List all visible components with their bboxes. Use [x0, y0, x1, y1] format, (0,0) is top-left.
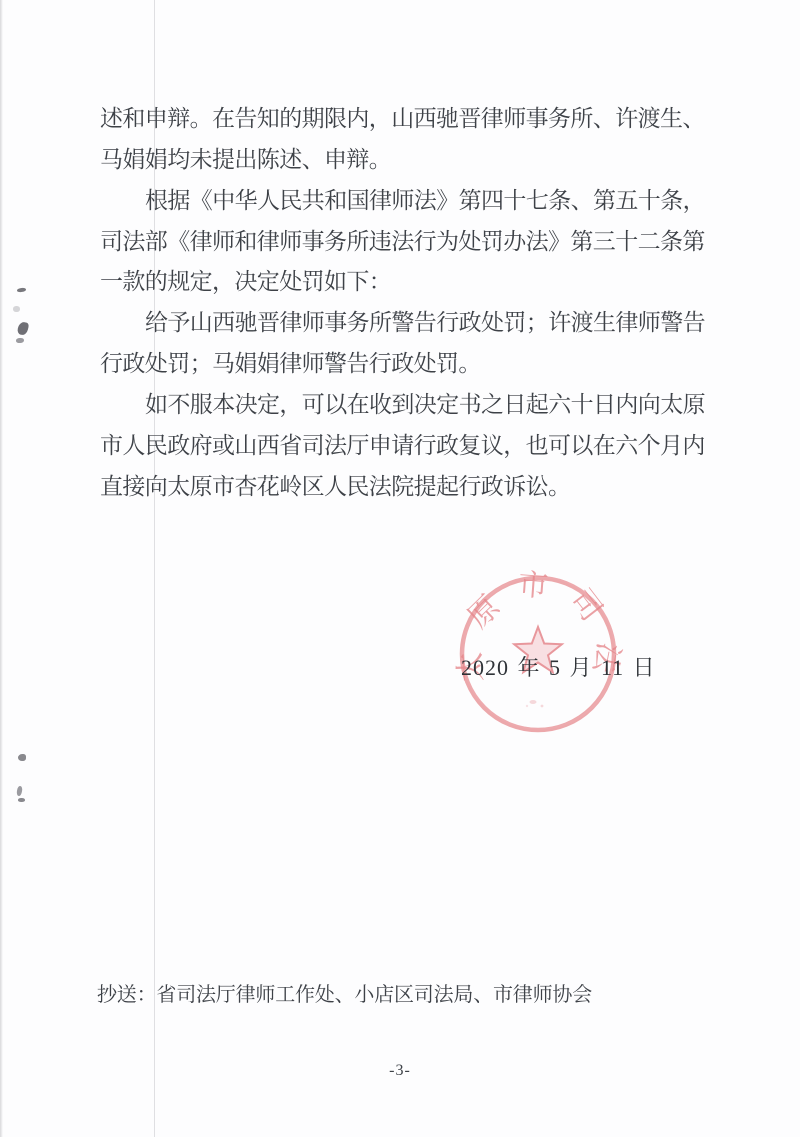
ink-smudge — [17, 287, 26, 292]
body-text: 述和申辩。在告知的期限内，山西驰晋律师事务所、许渡生、马娟娟均未提出陈述、申辩。… — [100, 99, 710, 507]
body-line: 如不服本决定，可以在收到决定书之日起六十日内向太原 — [100, 385, 710, 426]
body-line: 根据《中华人民共和国律师法》第四十七条、第五十条， — [100, 181, 710, 222]
body-line: 市人民政府或山西省司法厅申请行政复议，也可以在六个月内 — [100, 426, 710, 467]
ink-smudge — [16, 338, 24, 344]
body-line: 司法部《律师和律师事务所违法行为处罚办法》第三十二条第 — [100, 222, 710, 263]
ink-smudge — [16, 786, 23, 797]
ink-smudge — [18, 754, 26, 761]
issue-date: 2020 年 5 月 11 日 — [461, 651, 656, 682]
ink-smudge — [17, 321, 30, 336]
body-line: 给予山西驰晋律师事务所警告行政处罚；许渡生律师警告 — [100, 303, 710, 344]
body-line: 直接向太原市杏花岭区人民法院提起行政诉讼。 — [100, 467, 710, 508]
cc-line: 抄送：省司法厅律师工作处、小店区司法局、市律师协会 — [97, 978, 592, 1007]
seal-residue-mark — [541, 705, 544, 708]
scan-left-edge-shadow — [0, 0, 3, 1137]
page-number: -3- — [0, 1062, 800, 1080]
body-line: 一款的规定，决定处罚如下： — [100, 262, 710, 303]
ink-smudge — [13, 306, 20, 312]
seal-residue-mark — [526, 705, 528, 707]
body-line: 述和申辩。在告知的期限内，山西驰晋律师事务所、许渡生、 — [100, 99, 710, 140]
ink-smudge — [18, 798, 25, 802]
body-line: 马娟娟均未提出陈述、申辩。 — [100, 140, 710, 181]
seal-residue-mark — [530, 700, 537, 704]
body-line: 行政处罚；马娟娟律师警告行政处罚。 — [100, 344, 710, 385]
scanned-document-page: 述和申辩。在告知的期限内，山西驰晋律师事务所、许渡生、马娟娟均未提出陈述、申辩。… — [0, 0, 800, 1137]
